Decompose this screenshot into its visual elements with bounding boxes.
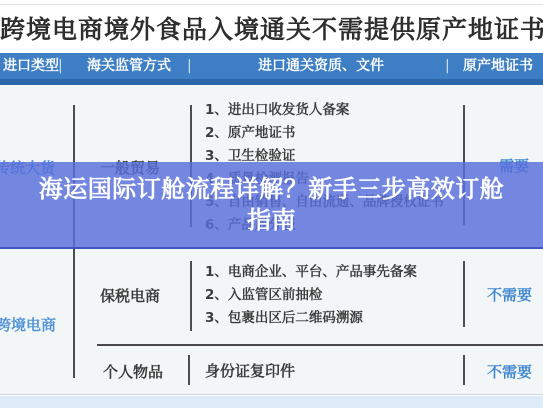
row3-right-divider <box>463 355 465 385</box>
row2-item-1: 1、电商企业、平台、产品事先备案 <box>205 263 417 281</box>
row2-right-divider <box>463 261 465 327</box>
row3-mid-divider <box>188 355 190 385</box>
row2-item-3: 3、包裹出区后二维码溯源 <box>205 309 363 327</box>
row2-item-2: 2、入监管区前抽检 <box>205 286 322 304</box>
row-separator-line <box>97 344 543 346</box>
header-separator-3: | <box>445 57 450 75</box>
article-title-line1: 海运国际订舱流程详解？新手三步高效订舱 <box>39 174 505 205</box>
row3-origin-required-badge: 不需要 <box>487 361 532 382</box>
row2-mid-divider <box>190 261 192 331</box>
next-section-edge <box>0 396 543 408</box>
row2-origin-required-badge: 不需要 <box>487 284 532 305</box>
group-label-crossborder-ecommerce: 跨境电商 <box>0 314 56 335</box>
infographic-canvas: 跨境电商境外食品入境通关不需提供原产地证书 进口类型 | 海关监管方式 | 进口… <box>0 0 543 408</box>
row1-item-1: 1、进出口收发货人备案 <box>205 101 349 119</box>
row-bonded-ecommerce-label: 保税电商 <box>100 285 160 306</box>
header-import-type: 进口类型 <box>3 57 59 75</box>
header-supervision: 海关监管方式 <box>87 57 171 75</box>
bottom-divider <box>0 394 543 395</box>
header-origin-cert: 原产地证书 <box>463 57 533 75</box>
header-separator-1: | <box>58 57 63 75</box>
top-divider <box>0 4 543 5</box>
row1-item-2: 2、原产地证书 <box>205 124 295 142</box>
row3-item-1: 身份证复印件 <box>205 362 295 380</box>
article-title-overlay: 海运国际订舱流程详解？新手三步高效订舱 指南 <box>0 162 543 249</box>
article-title-line2: 指南 <box>247 205 296 236</box>
row-personal-items-label: 个人物品 <box>103 361 163 382</box>
page-title: 跨境电商境外食品入境通关不需提供原产地证书 <box>0 10 543 46</box>
header-separator-2: | <box>187 57 192 75</box>
header-documents: 进口通关资质、文件 <box>258 57 384 75</box>
